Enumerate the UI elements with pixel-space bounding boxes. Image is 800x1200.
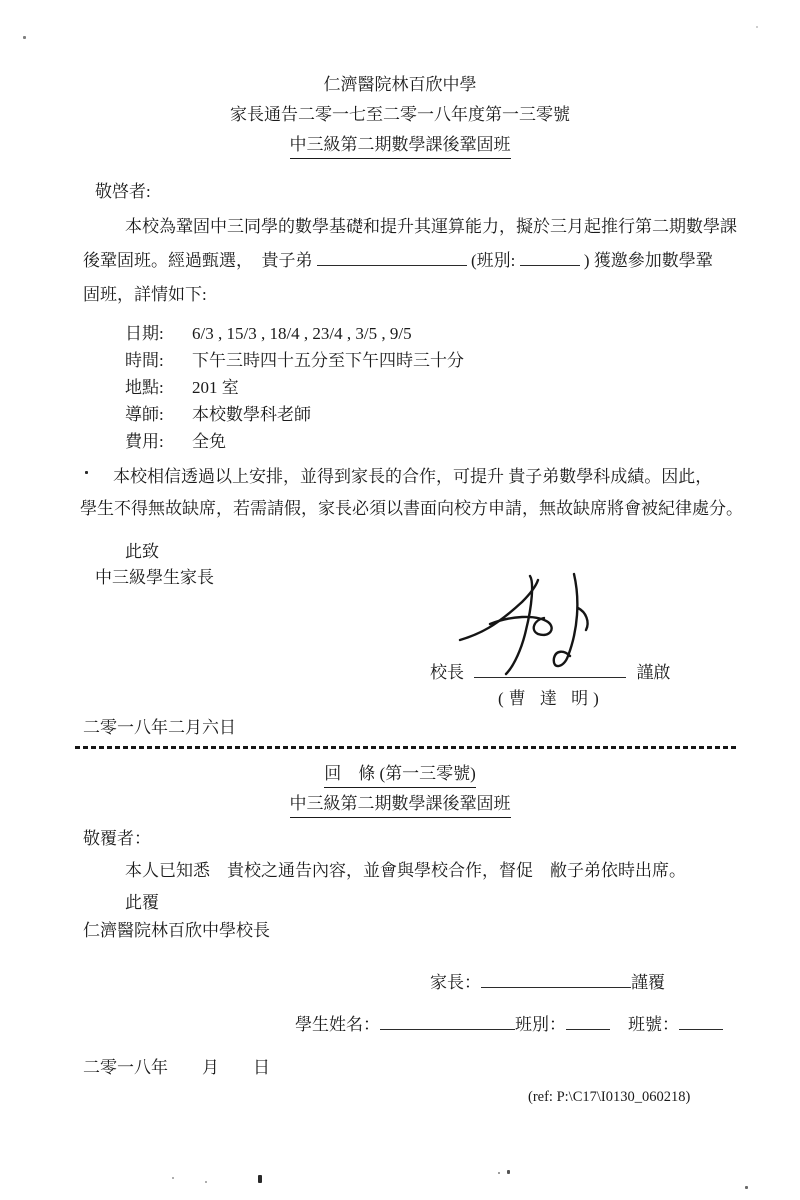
principal-signoff: 謹啟 [637,663,671,682]
detail-value: 201 室 [192,378,239,397]
notice-subject: 中三級第二期數學課後鞏固班 [0,134,800,159]
intro-line-2-tail: 獲邀參加數學鞏 [594,251,713,270]
detail-value: 下午三時四十五分至下午四時三十分 [192,351,464,370]
intro-close-paren: ) [584,251,594,270]
detail-label: 地點: [125,373,192,398]
detail-row-tutor: 導師:本校數學科老師 [125,400,311,425]
parent-signoff: 謹覆 [631,973,665,992]
scan-artifact [756,26,758,28]
scan-artifact [85,471,88,474]
addressee: 中三級學生家長 [95,567,214,589]
scan-artifact [498,1172,500,1174]
notice-number-line: 家長通告二零一七至二零一八年度第一三零號 [0,104,800,126]
principal-role-label: 校長 [430,663,464,682]
closing-line-1: 本校相信透過以上安排，並得到家長的合作，可提升 貴子弟數學科成績。因此， [113,466,712,488]
reply-salutation: 敬覆者： [83,828,151,850]
detail-row-date: 日期:6/3 , 15/3 , 18/4 , 23/4 , 3/5 , 9/5 [125,319,412,344]
scan-artifact [205,1181,207,1183]
detail-label: 導師: [125,400,192,425]
fill-in-blank-class-reply [566,1014,610,1030]
intro-line-2: 後鞏固班。經過甄選， 貴子弟 (班別: ) 獲邀參加數學鞏 [83,250,713,272]
parent-label: 家長： [430,973,481,992]
reply-addressee: 仁濟醫院林百欣中學校長 [83,920,270,942]
scan-artifact [258,1175,262,1183]
reply-date-line: 二零一八年 月 日 [83,1057,270,1079]
detail-value: 本校數學科老師 [192,405,311,424]
detail-value: 全免 [192,432,226,451]
student-info-line: 學生姓名：班別：班號： [295,1014,723,1036]
intro-line-3: 固班，詳情如下: [83,284,207,306]
scan-artifact [507,1170,510,1174]
principal-signature-line: 校長 謹啟 [430,658,671,683]
reply-body: 本人已知悉 貴校之通告內容，並會與學校合作，督促 敝子弟依時出席。 [125,860,686,882]
detail-label: 日期: [125,319,192,344]
detail-row-venue: 地點:201 室 [125,373,239,398]
class-no-label: 班號： [628,1015,679,1034]
signature-underline [474,662,626,678]
scanned-notice-page: 仁濟醫院林百欣中學 家長通告二零一七至二零一八年度第一三零號 中三級第二期數學課… [0,0,800,1200]
detail-label: 時間: [125,346,192,371]
intro-line-2-lead: 後鞏固班。經過甄選， 貴子弟 [83,251,317,270]
scan-artifact [745,1186,748,1189]
detail-label: 費用: [125,427,192,452]
detail-row-fee: 費用:全免 [125,427,226,452]
closing-line-2: 學生不得無故缺席，若需請假，家長必須以書面向校方申請，無故缺席將會被紀律處分。 [80,498,743,520]
valediction: 此致 [125,541,159,563]
reply-slip-subject-text: 中三級第二期數學課後鞏固班 [290,793,511,818]
intro-line-1: 本校為鞏固中三同學的數學基礎和提升其運算能力，擬於三月起推行第二期數學課 [125,216,737,238]
student-name-label: 學生姓名： [295,1015,380,1034]
intro-class-label: (班別: [471,251,515,270]
fill-in-blank-student-name [317,250,467,266]
fill-in-blank-class [520,250,580,266]
school-name: 仁濟醫院林百欣中學 [0,74,800,96]
file-reference: (ref: P:\C17\I0130_060218) [528,1086,690,1108]
tear-off-divider [75,746,737,749]
salutation: 敬啓者: [95,181,151,203]
fill-in-blank-class-no [679,1014,723,1030]
reply-valediction: 此覆 [125,892,159,914]
principal-name: (曹 達 明) [498,688,604,710]
notice-date: 二零一八年二月六日 [83,717,236,739]
parent-signature-line: 家長：謹覆 [430,972,665,994]
class-label: 班別： [515,1015,566,1034]
reply-slip-title: 回 條 (第一三零號) [0,763,800,788]
reply-slip-subject: 中三級第二期數學課後鞏固班 [0,793,800,818]
fill-in-blank-student-name-reply [380,1014,515,1030]
detail-row-time: 時間:下午三時四十五分至下午四時三十分 [125,346,464,371]
detail-value: 6/3 , 15/3 , 18/4 , 23/4 , 3/5 , 9/5 [192,324,412,343]
reply-slip-title-text: 回 條 (第一三零號) [324,763,476,788]
scan-artifact [23,36,26,39]
scan-artifact [172,1177,174,1179]
notice-subject-text: 中三級第二期數學課後鞏固班 [290,134,511,159]
fill-in-blank-parent-signature [481,972,631,988]
